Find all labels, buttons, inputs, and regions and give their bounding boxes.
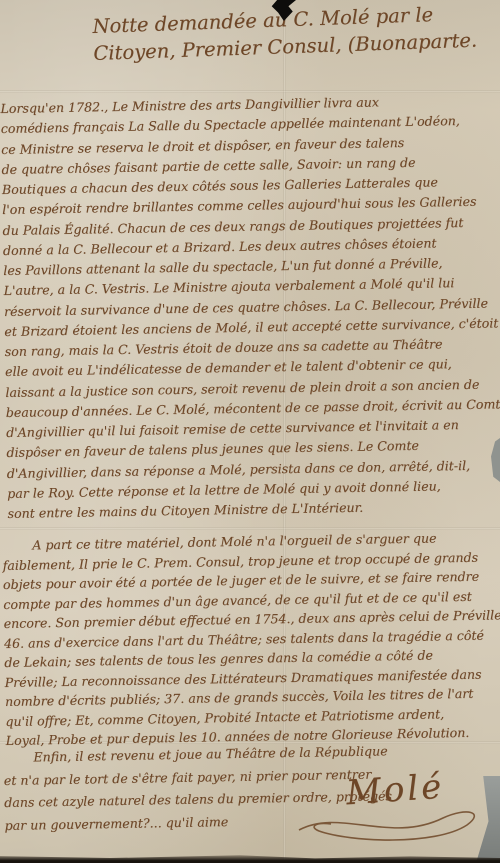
mole-signature: Molé (295, 772, 495, 846)
scanned-manuscript: Notte demandée au C. Molé par le Citoyen… (0, 0, 500, 863)
signature-name: Molé (345, 769, 446, 812)
paper-edge-shadow (0, 852, 500, 863)
manuscript-page: Notte demandée au C. Molé par le Citoyen… (0, 0, 500, 863)
paragraph-titles-and-career: A part ce titre matériel, dont Molé n'a … (2, 527, 500, 750)
note-title: Notte demandée au C. Molé par le Citoyen… (92, 0, 494, 67)
paragraph-history-1782: Lorsqu'en 1782., Le Ministre des arts Da… (0, 90, 500, 524)
